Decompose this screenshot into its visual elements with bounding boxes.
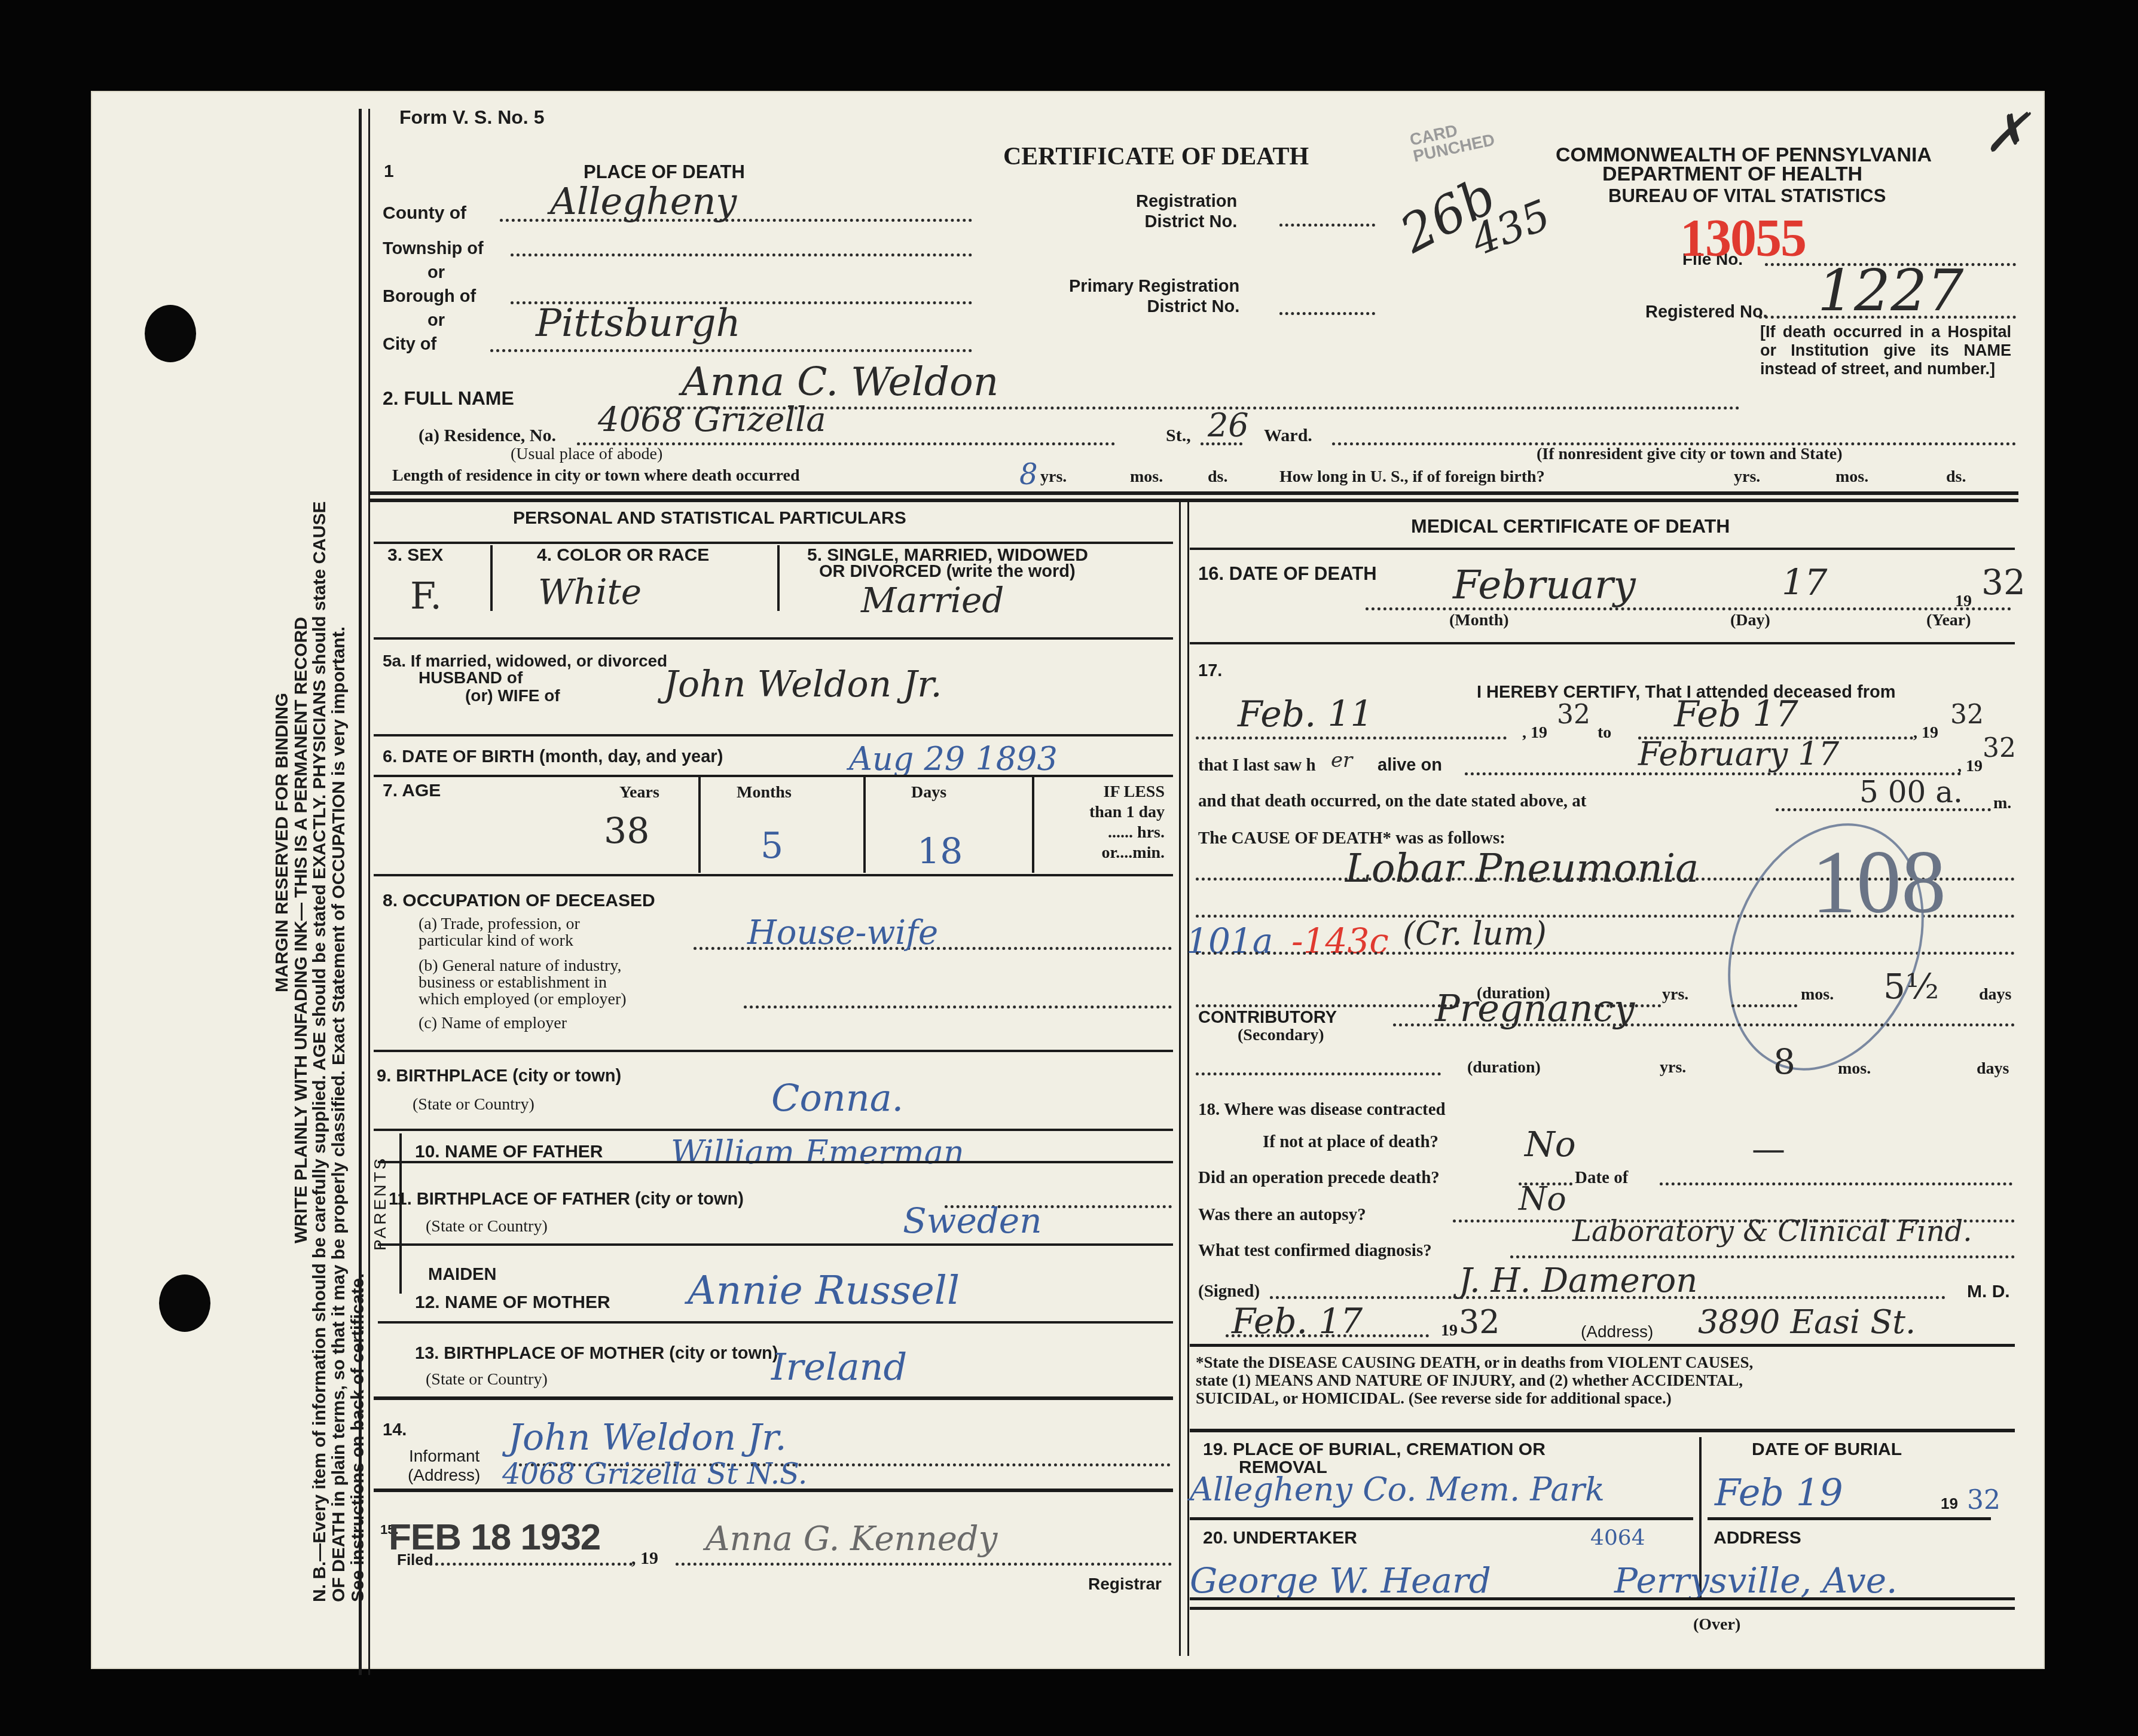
dob-value[interactable]: Aug 29 1893 — [849, 740, 1058, 778]
street-label: St., — [1166, 426, 1191, 446]
footnote-line-2: state (1) MEANS AND NATURE OF INJURY, an… — [1196, 1371, 1743, 1390]
cause-value[interactable]: Lobar Pneumonia — [1345, 845, 1699, 891]
alive-on-label: alive on — [1378, 756, 1442, 775]
duration-dots-1 — [1196, 1004, 1459, 1007]
mother-birthplace-sub: (State or Country) — [426, 1370, 548, 1389]
father-value[interactable]: William Emerman — [671, 1133, 964, 1171]
informant-address-label: (Address) — [408, 1466, 480, 1485]
us-residence-label: How long in U. S., if of foreign birth? — [1279, 467, 1545, 487]
burial-place-value[interactable]: Allegheny Co. Mem. Park — [1190, 1471, 1605, 1508]
dod-day[interactable]: 17 — [1782, 562, 1827, 604]
mother-value[interactable]: Annie Russell — [688, 1267, 960, 1313]
autopsy-label: Was there an autopsy? — [1198, 1205, 1366, 1225]
cause-code-blue: 101a — [1186, 921, 1273, 961]
us-yrs-label: yrs. — [1734, 467, 1760, 487]
last-saw-pronoun[interactable]: er — [1331, 748, 1352, 772]
section-1-number: 1 — [384, 161, 394, 182]
cause-code-red: -143c — [1291, 921, 1389, 961]
left-border-inner — [368, 109, 370, 1675]
burial-rule-1 — [1190, 1517, 1693, 1520]
to-year[interactable]: 32 — [1950, 699, 1984, 730]
personal-rule-7 — [374, 1129, 1173, 1131]
signed-19: 19 — [1441, 1321, 1458, 1340]
spouse-value[interactable]: John Weldon Jr. — [664, 664, 942, 705]
registered-no-label: Registered No. — [1645, 302, 1768, 322]
if-less-label: IF LESS than 1 day ...... hrs. or....min… — [1051, 782, 1165, 863]
operation-value[interactable]: — — [1752, 1130, 1785, 1169]
signed-label: (Signed) — [1198, 1282, 1260, 1301]
contributory-sub: (Secondary) — [1238, 1026, 1324, 1045]
contrib-mos: mos. — [1838, 1059, 1871, 1078]
attended-from-dots — [1196, 736, 1507, 739]
occurred-label: and that death occurred, on the date sta… — [1198, 791, 1587, 811]
us-mos-label: mos. — [1835, 467, 1868, 487]
father-birthplace-label: 11. BIRTHPLACE OF FATHER (city or town) — [389, 1190, 744, 1209]
personal-rule-1 — [374, 542, 1173, 544]
filed-dots — [429, 1563, 633, 1566]
city-value[interactable]: Pittsburgh — [536, 301, 741, 346]
reg-district-label-2: District No. — [1136, 212, 1237, 232]
burial-date-value[interactable]: Feb 19 — [1715, 1471, 1843, 1514]
registrar-signature: Anna G. Kennedy — [705, 1520, 997, 1558]
occupation-label: 8. OCCUPATION OF DECEASED — [383, 891, 655, 911]
burial-date-year[interactable]: 32 — [1967, 1485, 2000, 1515]
marital-value[interactable]: Married — [861, 580, 1004, 621]
township-dots — [511, 253, 972, 256]
occ-b-dots — [744, 1005, 1172, 1008]
personal-rule-5 — [374, 874, 1173, 876]
age-divider-3 — [1032, 777, 1034, 873]
burial-rule-2 — [1708, 1517, 1991, 1520]
day-label: (Day) — [1730, 611, 1770, 630]
undertaker-address-value[interactable]: Perrysville, Ave. — [1614, 1560, 1897, 1601]
medical-rule-2 — [1190, 642, 2015, 644]
abode-note: (Usual place of abode) — [511, 445, 662, 464]
margin-nb-line2: OF DEATH in plain terms, so that it may … — [329, 626, 349, 1602]
month-label: (Month) — [1449, 611, 1509, 630]
contrib-duration-dots — [1196, 1072, 1441, 1075]
age-days-value[interactable]: 18 — [917, 831, 963, 873]
sex-value[interactable]: F. — [410, 574, 442, 618]
ward-label: Ward. — [1264, 426, 1312, 446]
occ-a-label-2: particular kind of work — [419, 931, 573, 950]
test-dots — [1510, 1255, 2015, 1258]
medical-rule-1 — [1190, 548, 2015, 550]
maiden-label: MAIDEN — [428, 1265, 496, 1285]
length-ds-label: ds. — [1208, 467, 1227, 487]
time-suffix: m. — [1993, 794, 2011, 813]
mother-birthplace-label: 13. BIRTHPLACE OF MOTHER (city or town) — [415, 1344, 778, 1364]
father-birthplace-value[interactable]: Sweden — [903, 1200, 1042, 1241]
over-label: (Over) — [1693, 1615, 1740, 1634]
less-label-2: than 1 day — [1051, 802, 1165, 823]
duration-yrs: yrs. — [1662, 985, 1688, 1004]
nonresident-note: (If nonresident give city or town and St… — [1537, 445, 1843, 464]
race-marital-divider — [777, 545, 780, 611]
full-name-value[interactable]: Anna C. Weldon — [682, 359, 998, 405]
column-divider-right — [1187, 502, 1189, 1656]
department-name: DEPARTMENT OF HEALTH — [1602, 163, 1862, 186]
dod-month[interactable]: February — [1453, 562, 1636, 608]
attended-from[interactable]: Feb. 11 — [1238, 693, 1373, 735]
parents-rule-3 — [378, 1243, 1173, 1246]
mother-label: 12. NAME OF MOTHER — [415, 1292, 610, 1313]
personal-heading: PERSONAL AND STATISTICAL PARTICULARS — [513, 508, 906, 528]
occ-c-label: (c) Name of employer — [419, 1014, 567, 1033]
attended-to[interactable]: Feb 17 — [1674, 693, 1798, 735]
duration-mos: mos. — [1801, 985, 1834, 1004]
divider-top-2 — [368, 499, 2018, 502]
length-of-residence-label: Length of residence in city or town wher… — [392, 466, 800, 485]
hospital-note: [If death occurred in a Hospital or Inst… — [1760, 323, 2011, 378]
cert-number: 17. — [1198, 661, 1222, 681]
check-mark: ✗ — [1984, 102, 2029, 164]
race-value[interactable]: White — [538, 571, 642, 612]
less-label-3: ...... hrs. — [1051, 823, 1165, 843]
occ-a-value[interactable]: House-wife — [747, 913, 938, 952]
signed-year[interactable]: 32 — [1459, 1303, 1500, 1341]
column-divider-left — [1179, 502, 1181, 1656]
birthplace-value[interactable]: Conna. — [771, 1076, 903, 1120]
signed-value: J. H. Dameron — [1459, 1261, 1697, 1300]
footnote-line-1: *State the DISEASE CAUSING DEATH, or in … — [1196, 1353, 1753, 1372]
township-label: Township of — [383, 239, 484, 259]
duration-days-value[interactable]: 5½ — [1883, 966, 1939, 1007]
age-years-value[interactable]: 38 — [604, 811, 649, 852]
test-label: What test confirmed diagnosis? — [1198, 1241, 1432, 1261]
personal-rule-3 — [374, 734, 1173, 736]
us-ds-label: ds. — [1946, 467, 1966, 487]
filed-label: Filed — [397, 1551, 433, 1569]
margin-nb-line1: N. B.—Every item of information should b… — [310, 502, 330, 1602]
mother-birthplace-value[interactable]: Ireland — [771, 1345, 907, 1389]
duration-mos-dots — [1731, 1004, 1797, 1007]
punch-hole-bottom — [159, 1275, 210, 1332]
residence-value[interactable]: 4068 Grizella — [598, 401, 826, 439]
year-label: (Year) — [1926, 611, 1971, 630]
filed-19-label: , 19 — [631, 1548, 658, 1569]
contributory-value[interactable]: Pregnancy — [1435, 986, 1635, 1030]
or-label-1: or — [427, 263, 445, 283]
father-label: 10. NAME OF FATHER — [415, 1142, 603, 1162]
parents-rule-5 — [374, 1396, 1173, 1400]
residence-label: (a) Residence, No. — [419, 426, 556, 446]
burial-address-label: ADDRESS — [1714, 1528, 1801, 1548]
spouse-label-2: HUSBAND of — [419, 668, 523, 687]
address-value[interactable]: 3890 Easi St. — [1698, 1303, 1916, 1341]
contrib-yrs: yrs. — [1660, 1058, 1686, 1077]
contrib-mos-value[interactable]: 8 — [1773, 1041, 1795, 1082]
time-value[interactable]: 5 00 a. — [1859, 775, 1963, 809]
contributory-label: CONTRIBUTORY — [1198, 1008, 1337, 1028]
burial-date-label: DATE OF BURIAL — [1752, 1439, 1902, 1460]
age-label: 7. AGE — [383, 781, 441, 801]
q18-label: 18. Where was disease contracted — [1198, 1100, 1446, 1120]
or-label-2: or — [427, 311, 445, 331]
informant-rule — [374, 1489, 1173, 1492]
county-label: County of — [383, 203, 466, 224]
last-saw-date[interactable]: February 17 — [1638, 735, 1839, 773]
ward-value[interactable]: 26 — [1208, 407, 1249, 444]
medical-rule-3 — [1190, 1344, 2015, 1347]
footnote-line-3: SUICIDAL, or HOMICIDAL. (See reverse sid… — [1196, 1389, 1672, 1408]
parents-bracket — [399, 1133, 402, 1294]
dod-year[interactable]: 32 — [1981, 562, 2026, 603]
full-name-label: 2. FULL NAME — [383, 387, 514, 409]
reg-district-dots — [1279, 224, 1375, 227]
autopsy-value[interactable]: No — [1519, 1180, 1566, 1218]
medical-rule-4 — [1190, 1429, 2015, 1432]
length-mos-label: mos. — [1130, 467, 1163, 487]
registered-no-value[interactable]: 1227 — [1818, 257, 1963, 324]
dod-label: 16. DATE OF DEATH — [1198, 563, 1377, 585]
marital-label-2: OR DIVORCED (write the word) — [819, 562, 1076, 582]
left-border-outer — [359, 109, 362, 1675]
city-label: City of — [383, 335, 436, 354]
personal-rule-4 — [374, 775, 1173, 777]
primary-reg-label-1: Primary Registration — [1069, 276, 1239, 297]
personal-rule-6 — [374, 1050, 1173, 1052]
md-label: M. D. — [1967, 1282, 2010, 1302]
undertaker-number: 4064 — [1590, 1526, 1645, 1550]
months-label: Months — [737, 783, 792, 802]
date-of-dots — [1660, 1182, 2012, 1185]
informant-value[interactable]: John Weldon Jr. — [508, 1417, 786, 1459]
undertaker-value[interactable]: George W. Heard — [1190, 1560, 1491, 1601]
reg-district-label-1: Registration — [1136, 191, 1237, 212]
county-value[interactable]: Allegheny — [550, 179, 737, 223]
last-saw-label: that I last saw h — [1198, 756, 1316, 775]
medical-heading: MEDICAL CERTIFICATE OF DEATH — [1411, 515, 1730, 537]
duration-days: days — [1979, 985, 2011, 1004]
to-19: , 19 — [1913, 723, 1938, 742]
burial-rule-4 — [1190, 1607, 2015, 1610]
length-yrs-label: yrs. — [1040, 467, 1067, 487]
occ-b-label-3: which employed (or employer) — [419, 990, 627, 1009]
birthplace-sub: (State or Country) — [413, 1095, 534, 1114]
punch-hole-top — [145, 305, 196, 362]
margin-binding-note: MARGIN RESERVED FOR BINDING — [272, 693, 292, 992]
less-label-1: IF LESS — [1051, 782, 1165, 802]
less-label-4: or....min. — [1051, 843, 1165, 863]
burial-place-label-1: 19. PLACE OF BURIAL, CREMATION OR — [1203, 1439, 1546, 1460]
sex-label: 3. SEX — [387, 545, 443, 566]
informant-address-value[interactable]: 4068 Grizella St N.S. — [502, 1457, 807, 1491]
primary-registration-label: Primary Registration District No. — [1069, 276, 1239, 317]
test-value[interactable]: Laboratory & Clinical Find. — [1572, 1215, 1972, 1248]
age-divider-1 — [698, 777, 701, 873]
primary-reg-dots — [1279, 312, 1375, 315]
burial-rule-3 — [1190, 1597, 2015, 1600]
cause-note: (Cr. lum) — [1403, 915, 1547, 952]
margin-ink-note: WRITE PLAINLY WITH UNFADING INK— THIS IS… — [291, 617, 311, 1243]
address-label: (Address) — [1581, 1322, 1653, 1341]
borough-label: Borough of — [383, 287, 476, 307]
age-divider-2 — [863, 777, 866, 873]
parents-rule-1 — [378, 1161, 1173, 1163]
q18-sub: If not at place of death? — [1263, 1132, 1438, 1152]
contrib-duration-label: (duration) — [1467, 1058, 1541, 1077]
last-saw-19: , 19 — [1957, 757, 1983, 776]
q18-value[interactable]: No — [1525, 1124, 1576, 1165]
informant-number: 14. — [383, 1420, 407, 1440]
registrar-label: Registrar — [1088, 1575, 1162, 1594]
personal-rule-2 — [374, 637, 1173, 640]
birthplace-label: 9. BIRTHPLACE (city or town) — [377, 1066, 621, 1086]
informant-label: Informant — [409, 1447, 479, 1466]
contrib-days: days — [1977, 1059, 2009, 1078]
father-birthplace-sub: (State or Country) — [426, 1217, 548, 1236]
primary-reg-label-2: District No. — [1069, 297, 1239, 317]
certificate-title: CERTIFICATE OF DEATH — [1003, 142, 1309, 171]
undertaker-label: 20. UNDERTAKER — [1203, 1528, 1357, 1548]
from-19: , 19 — [1522, 723, 1547, 742]
dob-label: 6. DATE OF BIRTH (month, day, and year) — [383, 747, 723, 767]
years-label: Years — [619, 783, 659, 802]
operation-label: Did an operation precede death? — [1198, 1168, 1440, 1188]
circle-code: 108 — [1812, 831, 1946, 934]
divider-top-1 — [368, 491, 2018, 495]
parents-rule-4 — [378, 1321, 1173, 1324]
file-no-value[interactable]: 13055 — [1680, 208, 1806, 268]
parents-label: PARENTS — [371, 1156, 390, 1251]
burial-date-19: 19 — [1941, 1494, 1958, 1513]
registration-district-label: Registration District No. — [1136, 191, 1237, 232]
to-label: to — [1598, 723, 1611, 742]
spouse-label-3: (or) WIFE of — [465, 686, 560, 705]
age-months-value[interactable]: 5 — [760, 825, 783, 867]
date-of-label: Date of — [1575, 1168, 1628, 1188]
margin-nb-line3: See instructions on back of certificate. — [348, 1273, 368, 1602]
length-of-residence-yrs[interactable]: 8 — [1019, 458, 1038, 491]
form-number: Form V. S. No. 5 — [399, 106, 544, 129]
last-saw-year[interactable]: 32 — [1983, 733, 2016, 763]
sex-race-divider — [490, 545, 493, 611]
race-label: 4. COLOR OR RACE — [537, 545, 709, 566]
city-dots — [490, 349, 972, 352]
bureau-name: BUREAU OF VITAL STATISTICS — [1608, 185, 1886, 207]
registrar-dots — [676, 1563, 1172, 1566]
dod-year-prefix: 19 — [1955, 592, 1972, 611]
signed-date[interactable]: Feb. 17 — [1232, 1301, 1363, 1341]
days-label: Days — [911, 783, 946, 802]
from-year[interactable]: 32 — [1557, 699, 1590, 730]
